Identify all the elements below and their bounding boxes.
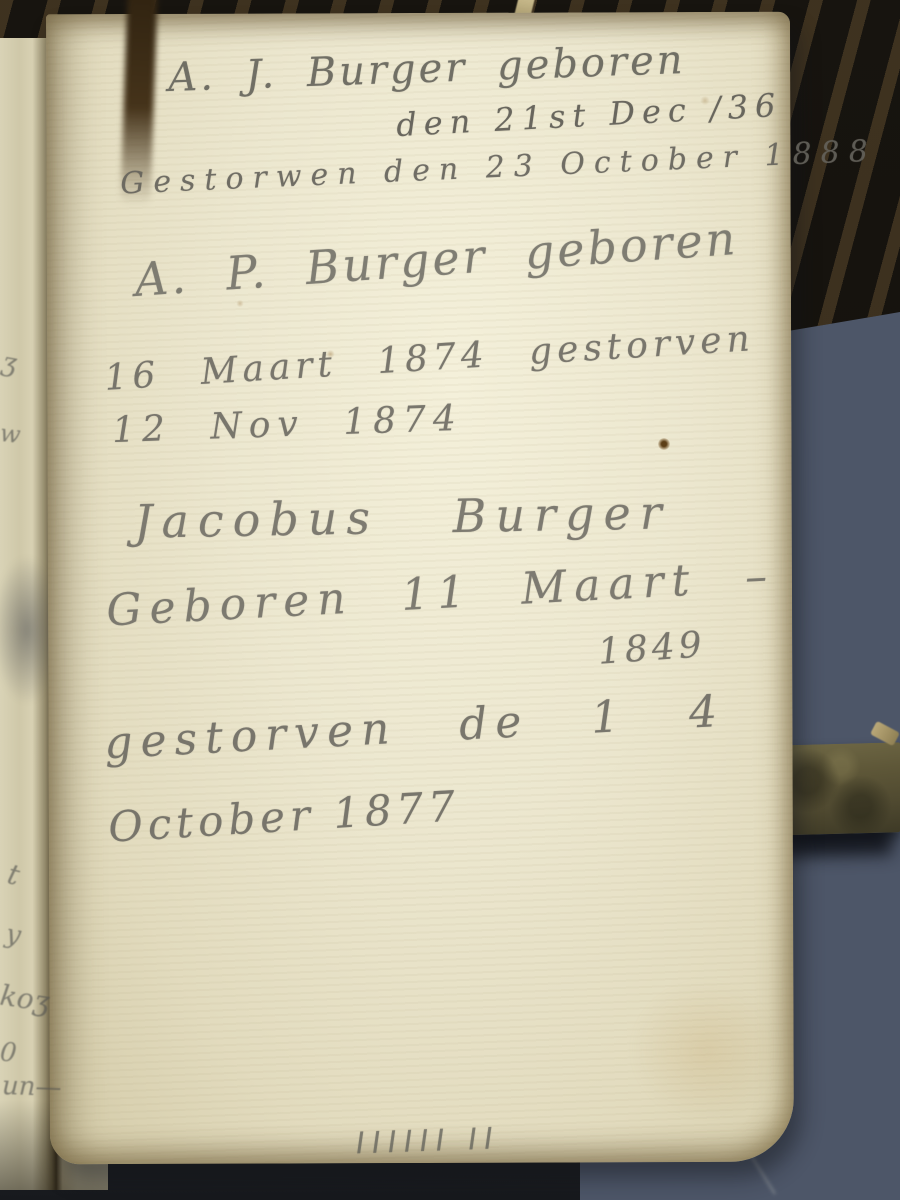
page-stain [630, 980, 780, 1120]
margin-fragment: w [0, 419, 22, 449]
margin-fragment: koʒ [0, 979, 52, 1019]
foxing-spot [326, 350, 335, 358]
margin-fragment: un— [1, 1071, 62, 1103]
foxing-spot [700, 96, 710, 105]
margin-fragment: 0 [0, 1037, 18, 1069]
photo-frame: { "scene": { "alt": "Photograph of an ol… [0, 0, 900, 1200]
foxing-spot [236, 300, 244, 307]
foxing-spot [658, 438, 670, 450]
